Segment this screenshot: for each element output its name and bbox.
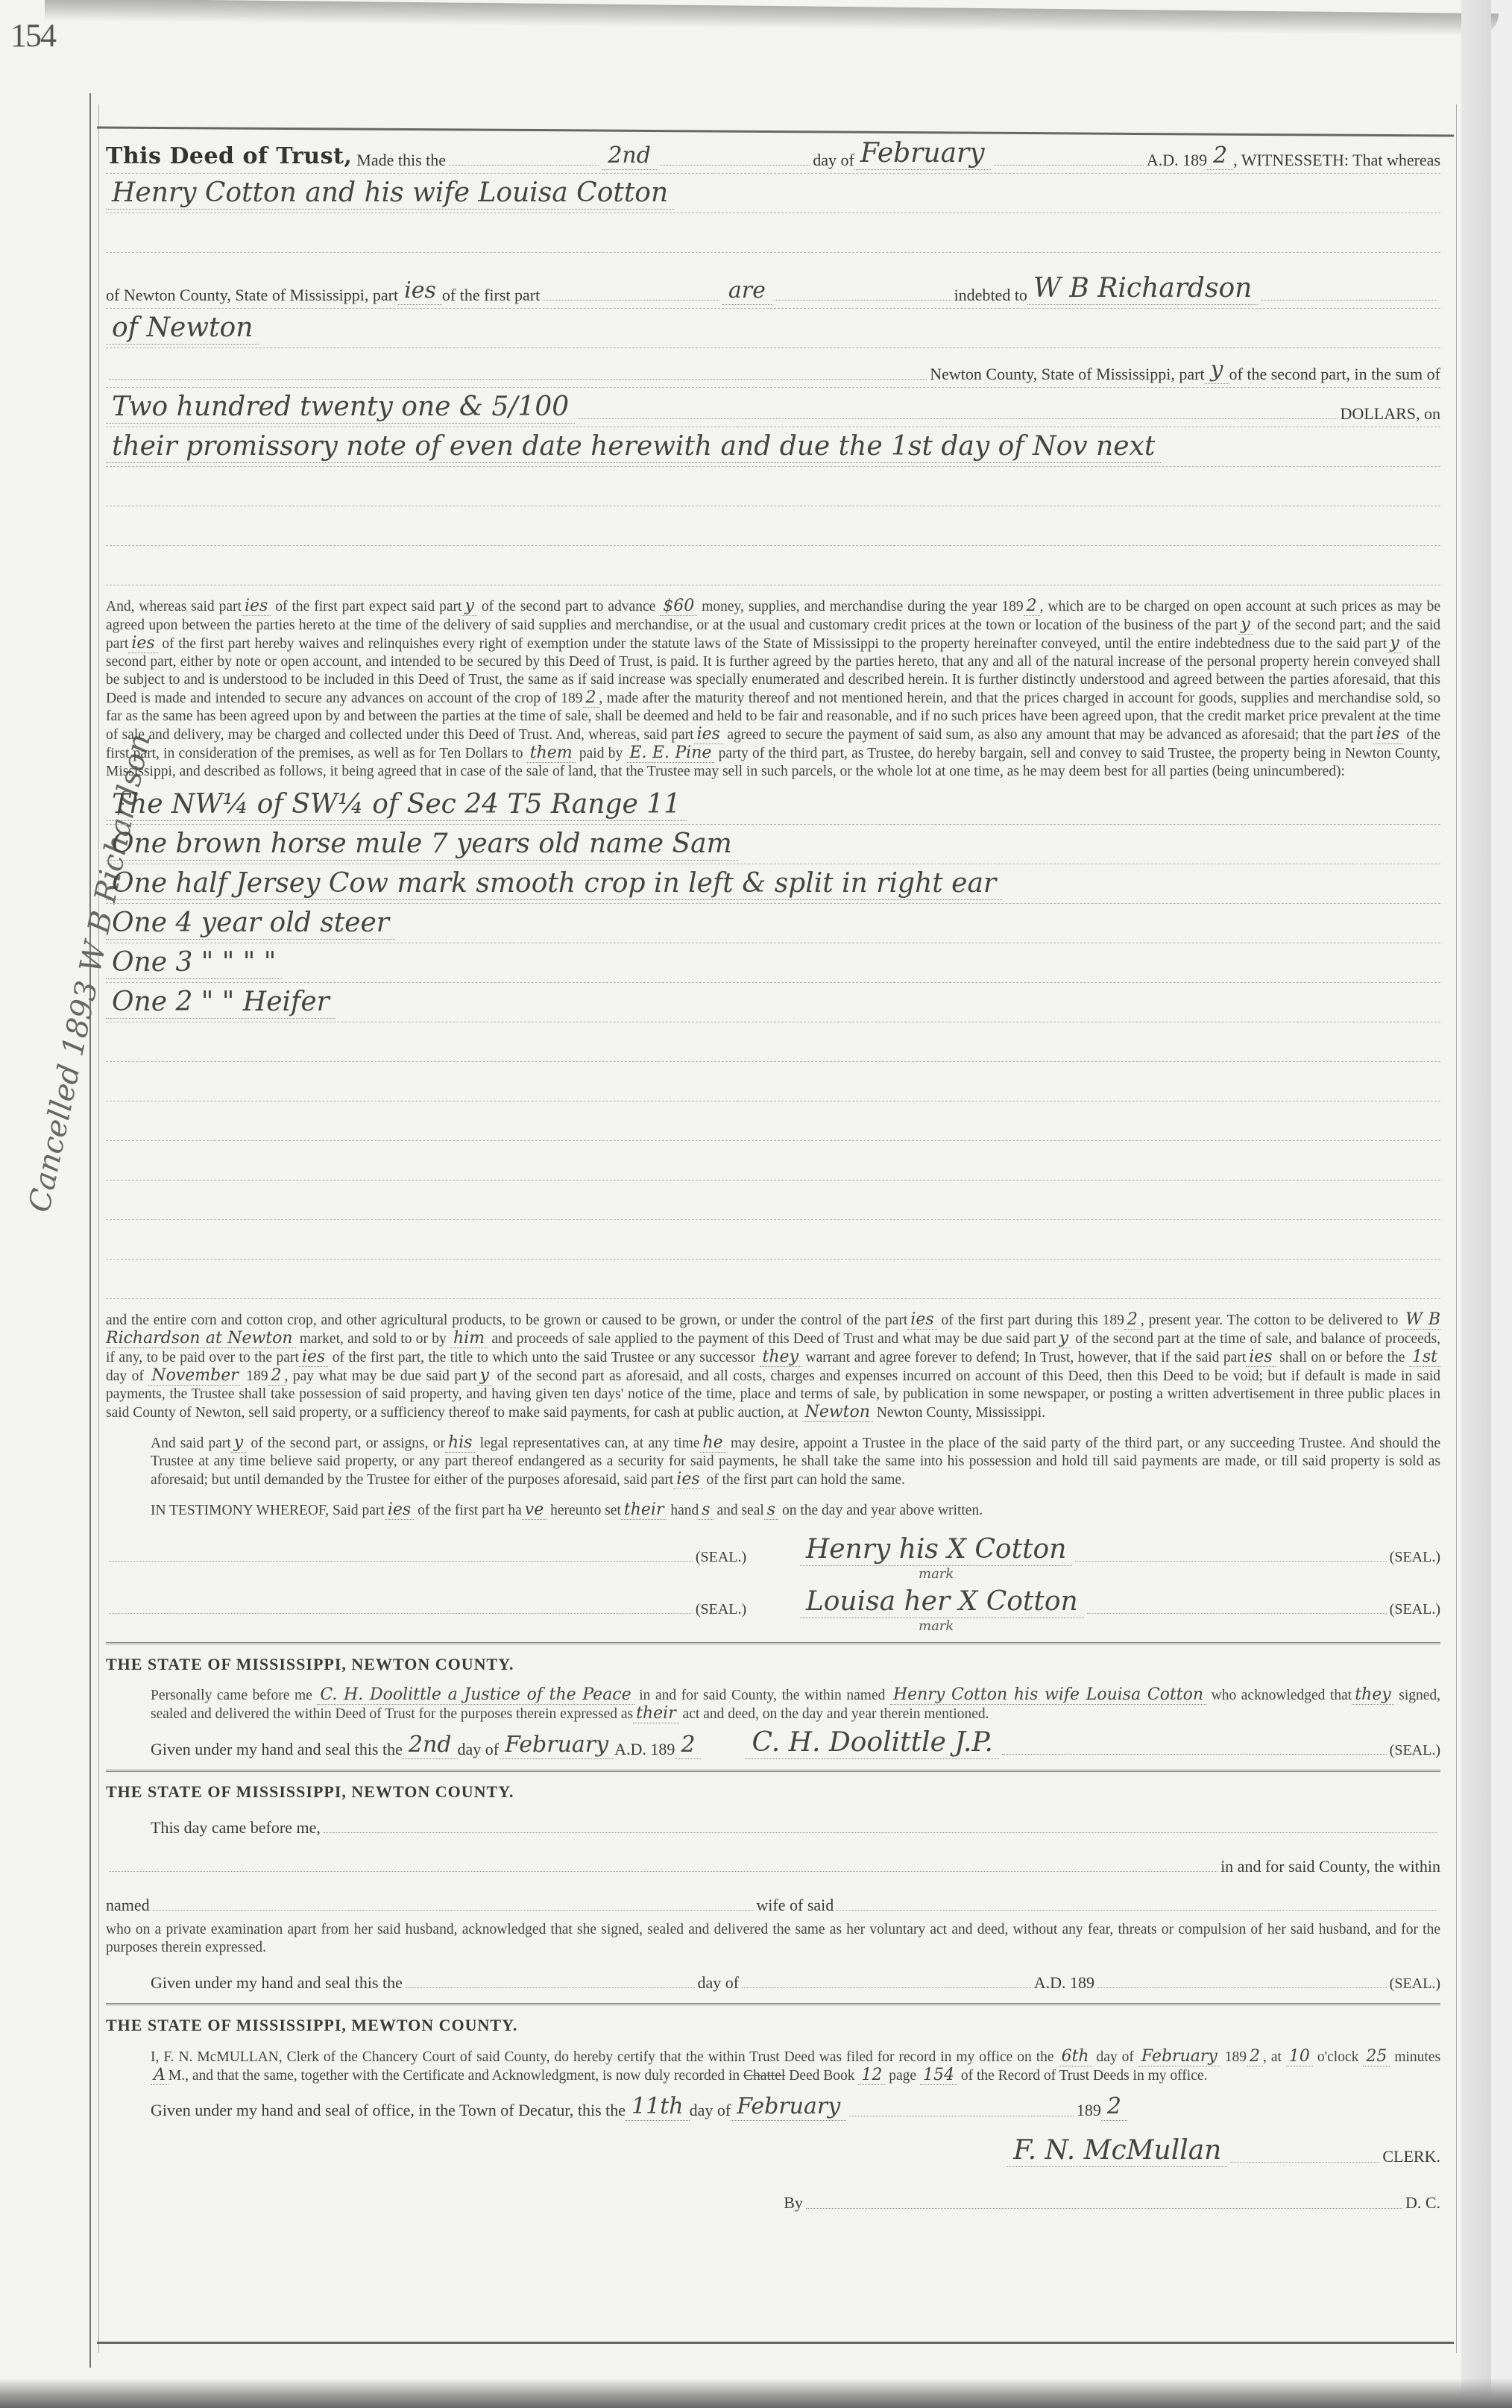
label: A.D. 189 — [1147, 151, 1207, 170]
blank-fill-line — [109, 1561, 693, 1562]
wife-ack-line-3: named wife of said — [106, 1879, 1440, 1918]
blank-fill-line — [109, 379, 927, 380]
handwritten-entry: ies — [907, 1310, 936, 1330]
handwritten-entry: ies — [694, 725, 723, 744]
form-text: for either of the purposes aforesaid, sa… — [414, 1472, 674, 1488]
clerk-certificate-heading: THE STATE OF MISSISSIPPI, MEWTON COUNTY. — [106, 2016, 1440, 2035]
ack-month: February — [499, 1732, 614, 1759]
form-text: Given under my hand and seal of office, … — [151, 2101, 626, 2120]
handwritten-entry: 2 — [675, 1732, 701, 1759]
form-text: party of the third part, as Trustee, do — [719, 746, 933, 761]
form-text: day of — [106, 1368, 144, 1384]
form-text: IN TESTIMONY WHEREOF, Said part — [151, 1503, 385, 1518]
creditor-name: W B Richardson — [1027, 272, 1258, 305]
divider: Henry his X Cotton(SEAL.) — [800, 1533, 1440, 1566]
deed-year: 2 — [1207, 142, 1233, 170]
form-text: of — [1122, 2049, 1134, 2065]
form-text: A.D. 189 — [1034, 1973, 1094, 1993]
dc-label: D. C. — [1405, 2193, 1440, 2213]
divider — [106, 1770, 1440, 1772]
advance-clause: And, whereas said parties of the first p… — [106, 597, 1440, 781]
handwritten-entry: y — [231, 1433, 246, 1453]
filed-month: February — [1138, 2047, 1220, 2066]
blank-fill-line — [153, 1910, 754, 1911]
page-binding-edge — [1461, 0, 1491, 2408]
blank-line — [106, 213, 1440, 253]
blank-fill-line — [449, 165, 599, 166]
deed-page-number: 154 — [920, 2066, 957, 2085]
note-description: their promissory note of even date herew… — [106, 430, 1161, 463]
handwritten-entry: ies — [1373, 725, 1402, 744]
clerk-signature-line: F. N. McMullan CLERK. — [106, 2131, 1440, 2170]
note-line: their promissory note of even date herew… — [106, 427, 1440, 467]
blank-line — [106, 1101, 1440, 1141]
blank-fill-line — [1002, 1754, 1387, 1755]
form-text: and seal — [716, 1503, 763, 1518]
form-text: wife of said — [756, 1896, 834, 1915]
trustee-clause: And said party of the second part, or as… — [106, 1434, 1440, 1489]
blank-fill-line — [578, 418, 1337, 419]
label: of Newton County, State of Mississippi, … — [106, 286, 398, 305]
form-text: M., and that the same, together with the… — [168, 2068, 740, 2084]
form-text: of the second part to advance — [482, 599, 655, 614]
auction-place: Newton — [802, 1403, 873, 1422]
handwritten-entry: ies — [242, 597, 271, 616]
blank-line — [106, 1022, 1440, 1062]
form-text: day — [1097, 2049, 1118, 2065]
blank-line — [106, 546, 1440, 585]
blank-fill-line — [543, 300, 719, 301]
given-day: 11th — [626, 2093, 690, 2121]
handwritten-entry: ve — [522, 1500, 546, 1520]
property-item-text: The NW¼ of SW¼ of Sec 24 T5 Range 11 — [106, 788, 687, 821]
form-text: , pay what may be due said part — [285, 1368, 477, 1384]
by-label: By — [784, 2193, 803, 2213]
form-text: may desire, appoint a Trustee in the pla… — [731, 1436, 1342, 1451]
ack-day: 2nd — [403, 1732, 458, 1759]
seal-label: (SEAL.) — [696, 1600, 746, 1618]
meridiem: A — [151, 2066, 168, 2085]
form-text: in and for said County, the within — [1220, 1857, 1440, 1876]
form-text: minutes — [1394, 2049, 1440, 2065]
form-text: of the second part, or assigns, or — [251, 1436, 445, 1451]
blank-fill-line — [849, 2116, 1074, 2116]
form-text: named — [846, 1688, 885, 1703]
handwritten-entry: 2 — [1124, 1310, 1141, 1330]
creditor-location-line: of Newton — [106, 309, 1440, 348]
clerk-label: CLERK. — [1382, 2147, 1440, 2166]
form-text: Given under my hand and seal this the — [151, 1973, 403, 1993]
property-item: One 3 " " " " — [106, 943, 1440, 983]
blank-line — [106, 1062, 1440, 1101]
property-item: One 4 year old steer — [106, 904, 1440, 943]
form-text: agreed to secure the payment of said sum… — [727, 727, 1373, 743]
handwritten-entry: 2 — [583, 688, 599, 708]
form-text: And said part — [151, 1436, 231, 1451]
handwritten-entry: y — [477, 1366, 492, 1386]
wife-ack-line-1: This day came before me, — [106, 1802, 1440, 1840]
form-text: legal representatives can, at any time — [480, 1436, 700, 1451]
page-bottom-shadow — [0, 2378, 1512, 2408]
handwritten-entry: y — [1238, 615, 1253, 635]
blank-line — [106, 1141, 1440, 1181]
form-text: of the first part hereby waives and reli… — [162, 636, 1387, 652]
blank-line — [106, 1220, 1440, 1260]
form-text: Given under my hand and seal this the — [151, 1740, 403, 1759]
blank-fill-line — [742, 1987, 1031, 1988]
acknowledgment-heading: THE STATE OF MISSISSIPPI, NEWTON COUNTY. — [106, 1655, 1440, 1674]
form-text: forever to defend; In Trust, however, th… — [915, 1350, 1246, 1365]
clerk-given-line: Given under my hand and seal of office, … — [106, 2085, 1440, 2124]
wife-ack-date-line: Given under my hand and seal this the da… — [106, 1957, 1440, 1996]
handwritten-entry: ies — [128, 634, 157, 653]
form-text: act and deed, on the day and year therei… — [683, 1706, 989, 1722]
blank-fill-line — [109, 1871, 1218, 1872]
handwritten-entry: they — [760, 1348, 801, 1367]
divider: (SEAL.) — [106, 1548, 746, 1566]
label: Newton County, State of Mississippi, par… — [930, 365, 1204, 384]
form-text: hereunto set — [550, 1503, 621, 1518]
label: Made this the — [356, 151, 446, 170]
seal-label: (SEAL.) — [1390, 1741, 1440, 1759]
acknowledgment-body: Personally came before me C. H. Doolittl… — [106, 1686, 1440, 1723]
blank-fill-line — [994, 165, 1144, 166]
blank-fill-line — [406, 1987, 695, 1988]
property-item-text: One brown horse mule 7 years old name Sa… — [106, 828, 738, 861]
deed-content: This Deed of Trust, Made this the 2nd da… — [106, 112, 1440, 2216]
handwritten-entry: 2 — [268, 1366, 285, 1386]
form-text: , present year. — [1141, 1313, 1223, 1328]
sold-by: him — [450, 1329, 488, 1348]
filed-hour: 10 — [1286, 2047, 1313, 2066]
handwritten-entry: 2 — [1247, 2047, 1263, 2066]
sum-line: Two hundred twenty one & 5/100 DOLLARS, … — [106, 388, 1440, 427]
form-text: of the first part ha — [418, 1503, 522, 1518]
divider: (SEAL.) — [106, 1600, 746, 1618]
advance-amount: $60 — [660, 597, 697, 616]
blank-fill-line — [1261, 300, 1437, 301]
handwritten-entry: y — [1387, 634, 1402, 653]
deed-day: 2nd — [602, 142, 657, 170]
handwritten-entry: ies — [299, 1348, 328, 1367]
handwritten-entry: y — [462, 597, 476, 616]
blank-line — [106, 506, 1440, 546]
form-text: 189 — [1077, 2101, 1101, 2120]
wife-ack-body: who on a private examination apart from … — [106, 1921, 1440, 1957]
blank-fill-line — [775, 300, 951, 301]
divider — [106, 1642, 1440, 1644]
blank-fill-line — [837, 1910, 1437, 1911]
mark-label: mark — [919, 1566, 1440, 1582]
form-text: or any successor — [658, 1350, 755, 1365]
clerk-certificate-body: I, F. N. McMULLAN, Clerk of the Chancery… — [106, 2048, 1440, 2085]
grantor-signature-2: Louisa her X Cotton — [800, 1585, 1084, 1618]
form-text: and proceeds of sale applied to the paym… — [491, 1331, 1056, 1347]
form-text: day of — [458, 1740, 500, 1759]
label: of the first part — [442, 286, 540, 305]
form-text: shall take possession of said property, … — [106, 1386, 1440, 1421]
form-text: of the first part, the title to which un… — [333, 1350, 655, 1365]
form-text: page — [889, 2068, 916, 2084]
divider: Louisa her X Cotton(SEAL.) — [800, 1585, 1440, 1618]
label: indebted to — [954, 286, 1027, 305]
divider — [106, 2003, 1440, 2005]
blank-fill-line — [1097, 1987, 1387, 1988]
form-text: o'clock — [1317, 2049, 1359, 2065]
blank-fill-line — [324, 1832, 1437, 1833]
property-item-text: One 3 " " " " — [106, 946, 282, 979]
justice-signature: C. H. Doolittle J.P. — [746, 1726, 998, 1759]
form-text: day of — [690, 2101, 731, 2120]
wife-ack-line-2: in and for said County, the within — [106, 1840, 1440, 1879]
form-text: hand — [670, 1503, 699, 1518]
handwritten-entry: their — [633, 1704, 679, 1723]
form-text: Newton County, Mississippi. — [877, 1405, 1045, 1421]
blank-line — [106, 1181, 1440, 1220]
signature-row-1: (SEAL.) Henry his X Cotton(SEAL.) — [106, 1533, 1440, 1566]
handwritten-entry: s — [699, 1500, 713, 1520]
label: day of — [813, 151, 854, 170]
form-text: and the entire corn and cotton crop, and… — [106, 1313, 907, 1328]
blank-fill-line — [1230, 2162, 1379, 2163]
filed-day: 6th — [1059, 2047, 1092, 2066]
form-text: day of — [698, 1973, 740, 1993]
form-text: of the first part can hold the same. — [707, 1472, 905, 1488]
deed-month: February — [854, 137, 991, 170]
form-text: of the first part during this 189 — [942, 1313, 1124, 1328]
form-text: paid by — [579, 746, 623, 761]
due-month: November — [148, 1366, 241, 1386]
seal-label: (SEAL.) — [696, 1548, 746, 1566]
property-item-text: One 2 " " Heifer — [106, 986, 336, 1019]
form-text: market, and sold to or by — [300, 1331, 447, 1347]
indebted-line: of Newton County, State of Mississippi, … — [106, 253, 1440, 309]
form-text: warrant — [806, 1350, 851, 1365]
form-text: This day came before me, — [151, 1818, 321, 1838]
property-item: One half Jersey Cow mark smooth crop in … — [106, 864, 1440, 904]
form-text: in and for said County, the within — [639, 1688, 842, 1703]
form-text: money, supplies, and merchandise during … — [702, 599, 1023, 614]
form-text: I, F. N. McMULLAN, Clerk of the Chancery… — [151, 2049, 1054, 2065]
label: , WITNESSETH: That whereas — [1233, 151, 1440, 170]
blank-fill-line — [1087, 1613, 1387, 1614]
mark-label: mark — [919, 1618, 1440, 1635]
part-suffix: y — [1205, 356, 1229, 384]
testimony-clause: IN TESTIMONY WHEREOF, Said parties of th… — [106, 1501, 1440, 1520]
grantor-signature-1: Henry his X Cotton — [800, 1533, 1073, 1566]
form-text: on the day and year above written. — [782, 1503, 983, 1518]
are-value: are — [722, 277, 772, 305]
handwritten-entry: s — [764, 1500, 778, 1520]
due-day: 1st — [1409, 1348, 1440, 1367]
handwritten-entry: ies — [1246, 1348, 1275, 1367]
handwritten-entry: 2 — [1024, 597, 1040, 616]
form-text: 189 — [246, 1368, 268, 1384]
given-month: February — [731, 2093, 846, 2121]
deed-title: This Deed of Trust, — [106, 143, 352, 170]
blank-fill-line — [1075, 1561, 1386, 1562]
label: of the second part, in the sum of — [1229, 365, 1441, 384]
property-item: One 2 " " Heifer — [106, 983, 1440, 1022]
ten-dollars-to: them — [527, 744, 576, 763]
form-text: who acknowledged that — [1212, 1688, 1352, 1703]
handwritten-entry: 2 — [1101, 2093, 1127, 2121]
property-list: The NW¼ of SW¼ of Sec 24 T5 Range 11One … — [106, 785, 1440, 1022]
form-text: Personally came before me — [151, 1688, 312, 1703]
wife-acknowledgment-heading: THE STATE OF MISSISSIPPI, NEWTON COUNTY. — [106, 1782, 1440, 1802]
handwritten-entry: ies — [673, 1470, 702, 1489]
acknowledging-parties: Henry Cotton his wife Louisa Cotton — [890, 1685, 1206, 1705]
grantors: Henry Cotton and his wife Louisa Cotton — [106, 177, 674, 210]
page-number: 154 — [10, 16, 55, 54]
sum-words: Two hundred twenty one & 5/100 — [106, 391, 575, 424]
handwritten-entry: they — [1352, 1685, 1393, 1705]
form-text: And, whereas said part — [106, 599, 242, 614]
struck-word: Chattel — [743, 2068, 785, 2084]
trustee-name: E. E. Pine — [627, 744, 715, 763]
handwritten-entry: their — [621, 1500, 667, 1520]
crop-clause: and the entire corn and cotton crop, and… — [106, 1311, 1440, 1422]
deed-book-number: 12 — [858, 2066, 885, 2085]
blank-line — [106, 1260, 1440, 1299]
form-text: A.D. 189 — [614, 1740, 675, 1759]
handwritten-entry: he — [700, 1433, 726, 1453]
property-item: One brown horse mule 7 years old name Sa… — [106, 825, 1440, 864]
form-text: and agree — [854, 1350, 911, 1365]
property-item: The NW¼ of SW¼ of Sec 24 T5 Range 11 — [106, 785, 1440, 825]
second-party-line: Newton County, State of Mississippi, par… — [106, 348, 1440, 388]
property-item-text: One 4 year old steer — [106, 907, 395, 940]
ledger-page: 154 Cancelled 1893 W B Richardson This D… — [0, 0, 1491, 2408]
part-suffix: ies — [398, 277, 442, 305]
form-text: Deed Book — [789, 2068, 854, 2084]
handwritten-entry: his — [445, 1433, 476, 1453]
form-text: , at — [1263, 2049, 1282, 2065]
seal-label: (SEAL.) — [1390, 1600, 1440, 1618]
property-item-text: One half Jersey Cow mark smooth crop in … — [106, 867, 1002, 900]
signature-row-2: (SEAL.) Louisa her X Cotton(SEAL.) — [106, 1585, 1440, 1618]
grantors-line: Henry Cotton and his wife Louisa Cotton — [106, 174, 1440, 213]
blank-fill-line — [806, 2208, 1402, 2209]
form-text: 189 — [1225, 2049, 1247, 2065]
bottom-rule — [97, 2342, 1454, 2344]
form-text: of the first part expect said part — [275, 599, 462, 614]
label: DOLLARS, on — [1341, 404, 1440, 424]
filed-minutes: 25 — [1363, 2047, 1390, 2066]
deputy-clerk-line: By D. C. — [106, 2178, 1440, 2216]
officer-name: C. H. Doolittle a Justice of the Peace — [317, 1685, 634, 1705]
handwritten-entry: y — [1056, 1329, 1071, 1348]
form-text: named — [106, 1896, 150, 1915]
seal-label: (SEAL.) — [1390, 1548, 1440, 1566]
creditor-location: of Newton — [106, 312, 259, 345]
form-text: of the Record of Trust Deeds in my offic… — [961, 2068, 1208, 2084]
seal-label: (SEAL.) — [1390, 1975, 1440, 1993]
blank-line — [106, 467, 1440, 506]
clerk-signature: F. N. McMullan — [1007, 2134, 1227, 2167]
form-text: shall on or before the — [1279, 1350, 1405, 1365]
acknowledgment-date-line: Given under my hand and seal this the 2n… — [106, 1723, 1440, 1762]
deed-heading-line: This Deed of Trust, Made this the 2nd da… — [106, 134, 1440, 174]
blank-fill-line — [109, 1613, 693, 1614]
form-text: The cotton to be delivered to — [1227, 1313, 1399, 1328]
page-top-shadow — [45, 0, 1499, 36]
blank-fill-line — [660, 165, 810, 166]
handwritten-entry: ies — [385, 1500, 414, 1520]
